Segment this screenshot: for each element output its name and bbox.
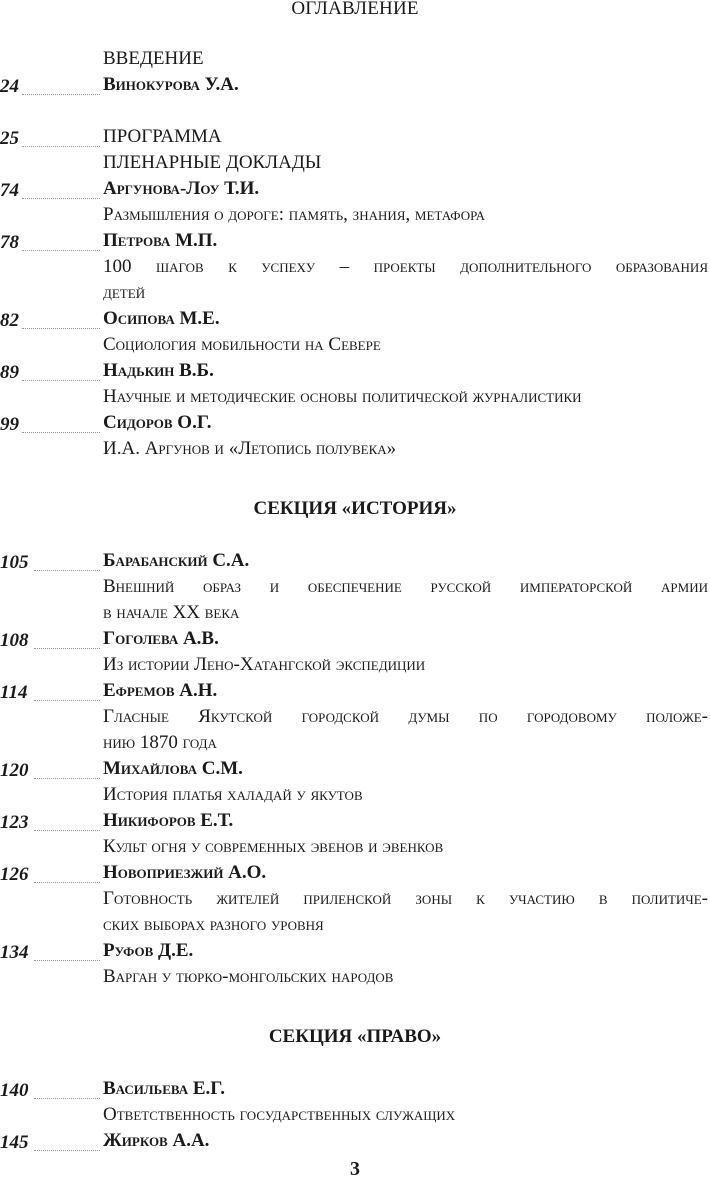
entry-title: И.А. Аргунов и «Летопись полувека» [103, 436, 708, 462]
entry-title: Из истории Лено-Хатангской экспедиции [103, 652, 708, 678]
dot-leader [34, 778, 100, 779]
entry-title-line: И.А. Аргунов и «Летопись полувека» [0, 436, 710, 462]
entry-title-line: Гласные Якутской городской думы по город… [0, 704, 710, 730]
toc-entry[interactable]: 99Сидоров О.Г. [0, 410, 710, 436]
dot-leader [22, 198, 100, 199]
entry-author: Михайлова С.М. [103, 756, 708, 782]
entry-title-line: Размышления о дороге: память, знания, ме… [0, 202, 710, 228]
toc-entry[interactable]: 120Михайлова С.М. [0, 756, 710, 782]
page-number: 105 [0, 552, 29, 574]
dot-leader [22, 432, 100, 433]
plenary-heading: ПЛЕНАРНЫЕ ДОКЛАДЫ [103, 150, 708, 176]
dot-leader [22, 146, 100, 147]
entry-title: История платья халадай у якутов [103, 782, 708, 808]
entry-title: Варган у тюрко-монгольских народов [103, 964, 708, 990]
entry-title-line: Готовность жителей приленской зоны к уча… [0, 886, 710, 912]
page-number: 24 [0, 76, 19, 98]
page-number: 120 [0, 760, 29, 782]
toc-entry-program[interactable]: 25 ПРОГРАММА [0, 124, 710, 150]
dot-leader [34, 830, 100, 831]
section-heading: СЕКЦИЯ «ПРАВО» [0, 1024, 710, 1050]
entry-title-line: 100 шагов к успеху – проекты дополнитель… [0, 254, 710, 280]
entry-author: Надькин В.Б. [103, 358, 708, 384]
entry-author: Сидоров О.Г. [103, 410, 708, 436]
page-number: 82 [0, 310, 19, 332]
entry-title-line: нию 1870 года [0, 730, 710, 756]
entry-title-line: ских выборах разного уровня [0, 912, 710, 938]
page-number: 25 [0, 128, 19, 150]
dot-leader [34, 700, 100, 701]
entry-title: ских выборах разного уровня [103, 912, 708, 938]
toc-entry[interactable]: 105Барабанский С.А. [0, 548, 710, 574]
entry-author: Барабанский С.А. [103, 548, 708, 574]
page-number: 145 [0, 1132, 29, 1154]
page-number: 134 [0, 942, 29, 964]
toc-entry[interactable]: 140Васильева Е.Г. [0, 1076, 710, 1102]
entry-title: Научные и методические основы политическ… [103, 384, 708, 410]
page-number: 108 [0, 630, 29, 652]
entry-title: Внешний образ и обеспечение русской импе… [103, 574, 708, 600]
intro-heading-line: ВВЕДЕНИЕ [0, 46, 710, 72]
entry-title: в начале XX века [103, 600, 708, 626]
entry-title-line: Варган у тюрко-монгольских народов [0, 964, 710, 990]
entry-title-line: Внешний образ и обеспечение русской импе… [0, 574, 710, 600]
dot-leader [22, 328, 100, 329]
toc-entry[interactable]: 82Осипова М.Е. [0, 306, 710, 332]
page-title: ОГЛАВЛЕНИЕ [0, 0, 710, 20]
page-number: 89 [0, 362, 19, 384]
entry-author: Винокурова У.А. [103, 72, 708, 98]
dot-leader [22, 250, 100, 251]
dot-leader [34, 882, 100, 883]
toc-entry[interactable]: 123Никифоров Е.Т. [0, 808, 710, 834]
entry-title-line: Культ огня у современных эвенов и эвенко… [0, 834, 710, 860]
toc-entry[interactable]: 114Ефремов А.Н. [0, 678, 710, 704]
entry-title: детей [103, 280, 708, 306]
dot-leader [34, 1098, 100, 1099]
toc-entry[interactable]: 126Новоприезжий А.О. [0, 860, 710, 886]
program-heading: ПРОГРАММА [103, 124, 708, 150]
dot-leader [34, 648, 100, 649]
entry-title-line: Научные и методические основы политическ… [0, 384, 710, 410]
page-number: 99 [0, 414, 19, 436]
entry-author: Никифоров Е.Т. [103, 808, 708, 834]
entry-title: Гласные Якутской городской думы по город… [103, 704, 708, 730]
entry-author: Ефремов А.Н. [103, 678, 708, 704]
entry-author: Гоголева А.В. [103, 626, 708, 652]
page-folio: 3 [0, 1158, 710, 1180]
page-number: 78 [0, 232, 19, 254]
dot-leader [34, 960, 100, 961]
entry-author: Петрова М.П. [103, 228, 708, 254]
page-number: 123 [0, 812, 29, 834]
intro-heading: ВВЕДЕНИЕ [103, 46, 708, 72]
entry-title: Ответственность государственных служащих [103, 1102, 708, 1128]
entry-title: Готовность жителей приленской зоны к уча… [103, 886, 708, 912]
entry-title: Культ огня у современных эвенов и эвенко… [103, 834, 708, 860]
toc-entry[interactable]: 145Жирков А.А. [0, 1128, 710, 1154]
entry-title-line: Ответственность государственных служащих [0, 1102, 710, 1128]
entry-title: Размышления о дороге: память, знания, ме… [103, 202, 708, 228]
entry-title: Социология мобильности на Севере [103, 332, 708, 358]
toc-entry[interactable]: 134Руфов Д.Е. [0, 938, 710, 964]
dot-leader [22, 380, 100, 381]
entry-author: Новоприезжий А.О. [103, 860, 708, 886]
page-number: 140 [0, 1080, 29, 1102]
page-number: 74 [0, 180, 19, 202]
entry-author: Аргунова-Лоу Т.И. [103, 176, 708, 202]
entry-title-line: История платья халадай у якутов [0, 782, 710, 808]
entry-title-line: Социология мобильности на Севере [0, 332, 710, 358]
entry-title: 100 шагов к успеху – проекты дополнитель… [103, 254, 708, 280]
entry-author: Васильева Е.Г. [103, 1076, 708, 1102]
dot-leader [22, 94, 100, 95]
entry-title-line: детей [0, 280, 710, 306]
entry-author: Руфов Д.Е. [103, 938, 708, 964]
toc-entry-intro[interactable]: 24 Винокурова У.А. [0, 72, 710, 98]
toc-entry[interactable]: 78Петрова М.П. [0, 228, 710, 254]
section-heading: СЕКЦИЯ «ИСТОРИЯ» [0, 496, 710, 522]
toc-entry[interactable]: 89Надькин В.Б. [0, 358, 710, 384]
entry-author: Осипова М.Е. [103, 306, 708, 332]
toc-entry[interactable]: 74Аргунова-Лоу Т.И. [0, 176, 710, 202]
page-number: 126 [0, 864, 29, 886]
entry-author: Жирков А.А. [103, 1128, 708, 1154]
dot-leader [34, 1150, 100, 1151]
entry-title-line: в начале XX века [0, 600, 710, 626]
entry-title: нию 1870 года [103, 730, 708, 756]
page-number: 114 [0, 682, 27, 704]
plenary-heading-line: ПЛЕНАРНЫЕ ДОКЛАДЫ [0, 150, 710, 176]
entry-title-line: Из истории Лено-Хатангской экспедиции [0, 652, 710, 678]
dot-leader [34, 570, 100, 571]
toc-entry[interactable]: 108Гоголева А.В. [0, 626, 710, 652]
